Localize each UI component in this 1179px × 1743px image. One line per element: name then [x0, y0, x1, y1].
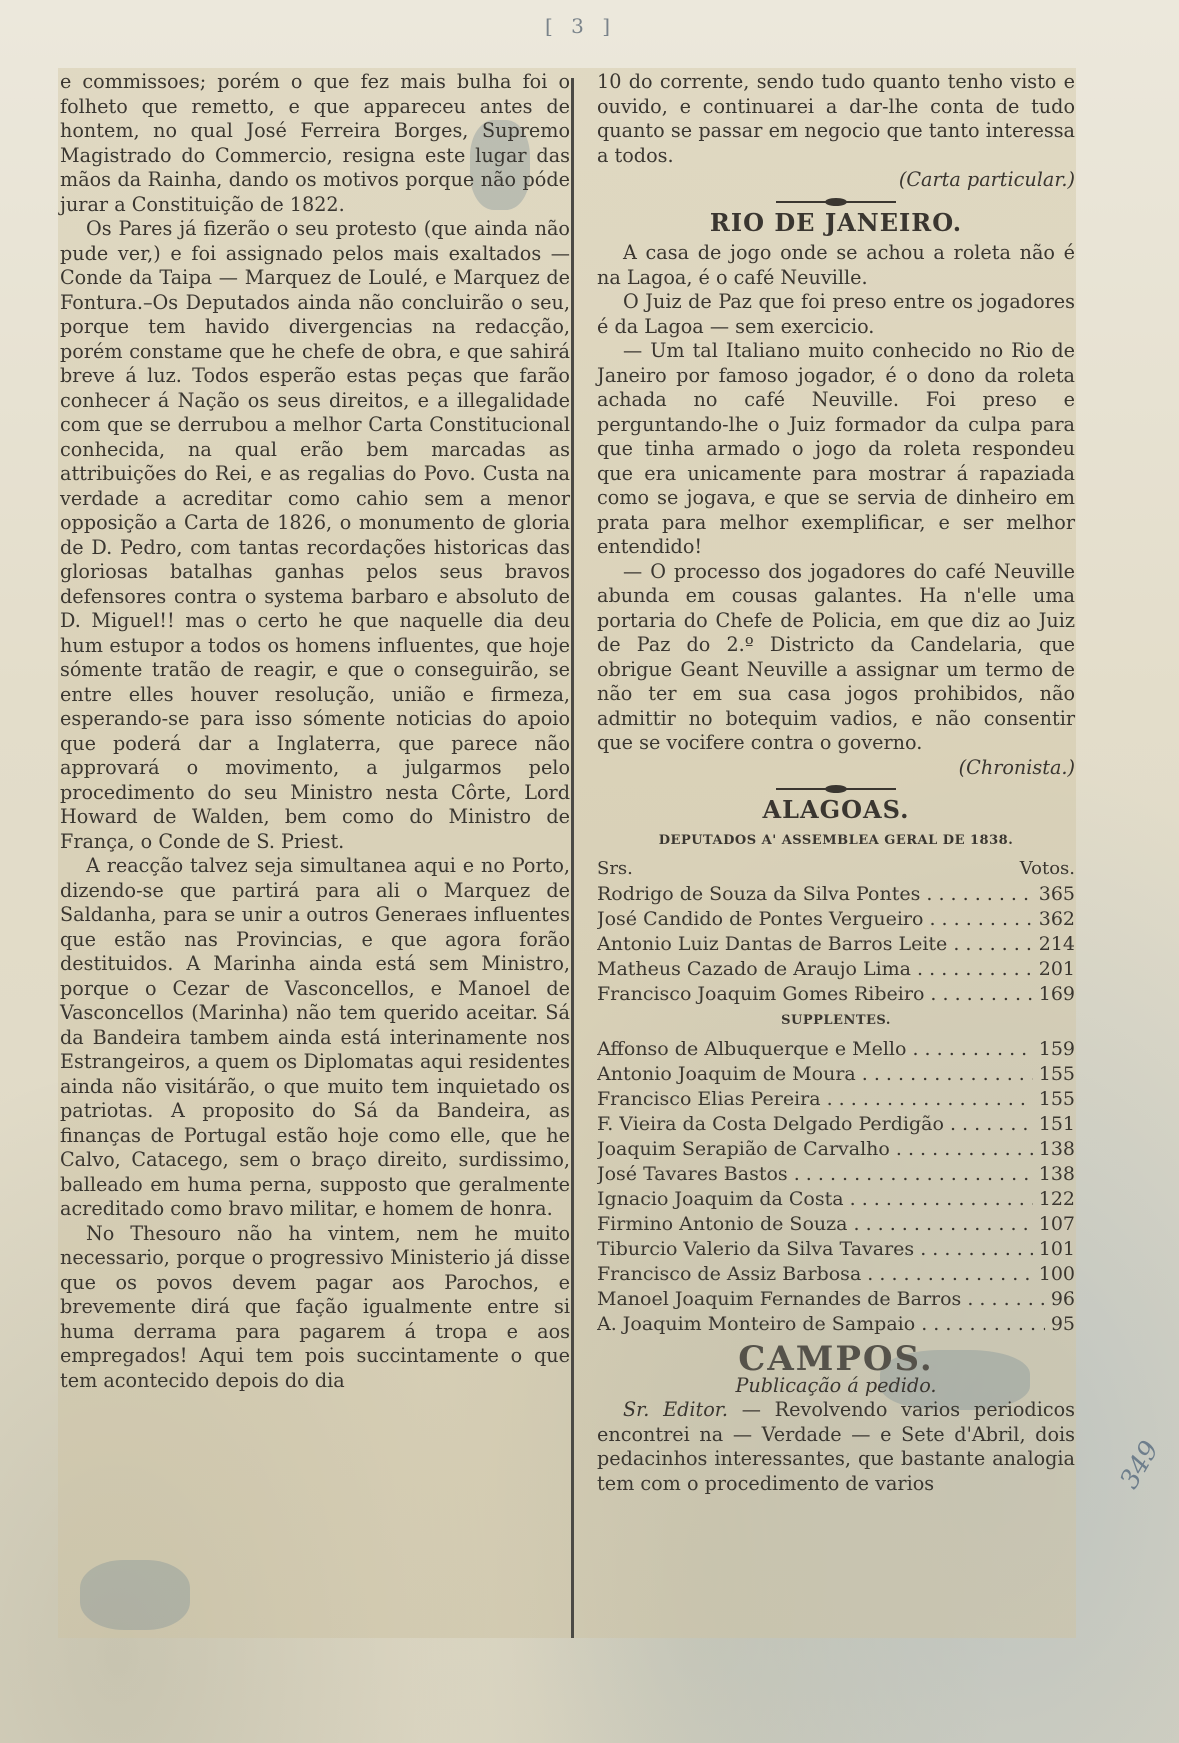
campos-subheading: Publicação á pedido.	[597, 1374, 1075, 1399]
vote-row: Matheus Cazado de Araujo Lima201	[597, 957, 1075, 982]
margin-annotation: 349	[1114, 1436, 1165, 1494]
column-divider	[571, 78, 574, 1638]
campos-paragraph: Sr. Editor. — Revolvendo varios periodic…	[597, 1398, 1075, 1496]
vote-row: José Tavares Bastos138	[597, 1162, 1075, 1187]
section-heading-alagoas: ALAGOAS.	[597, 798, 1075, 823]
ornament-rule	[776, 788, 896, 790]
left-column: e commissoes; porém o que fez mais bulha…	[60, 70, 570, 1393]
vote-row: Firmino Antonio de Souza107	[597, 1212, 1075, 1237]
vote-row: Manoel Joaquim Fernandes de Barros96	[597, 1287, 1075, 1312]
newspaper-page: [ 3 ] 349 e commissoes; porém o que fez …	[0, 0, 1179, 1743]
vote-row: Affonso de Albuquerque e Mello159	[597, 1037, 1075, 1062]
water-stain	[80, 1560, 190, 1630]
vote-row: Joaquim Serapião de Carvalho138	[597, 1137, 1075, 1162]
supplentes-list: Affonso de Albuquerque e Mello159 Antoni…	[597, 1037, 1075, 1337]
rio-paragraph: O Juiz de Paz que foi preso entre os jog…	[597, 290, 1075, 339]
left-paragraph: A reacção talvez seja simultanea aqui e …	[60, 854, 570, 1222]
alagoas-subheading: DEPUTADOS A' ASSEMBLEA GERAL DE 1838.	[597, 829, 1075, 854]
header-votes: Votos.	[1020, 857, 1075, 882]
left-paragraph: Os Pares já fizerão o seu protesto (que …	[60, 217, 570, 854]
vote-row: Antonio Luiz Dantas de Barros Leite214	[597, 932, 1075, 957]
left-paragraph: e commissoes; porém o que fez mais bulha…	[60, 70, 570, 217]
right-column: 10 do corrente, sendo tudo quanto tenho …	[597, 70, 1075, 1496]
vote-row: Francisco de Assiz Barbosa100	[597, 1262, 1075, 1287]
rio-paragraph: — O processo dos jogadores do café Neuvi…	[597, 560, 1075, 756]
vote-row: Ignacio Joaquim da Costa122	[597, 1187, 1075, 1212]
vote-row: Tiburcio Valerio da Silva Tavares101	[597, 1237, 1075, 1262]
vote-row: F. Vieira da Costa Delgado Perdigão151	[597, 1112, 1075, 1137]
intro-signature: (Carta particular.)	[597, 168, 1075, 193]
rio-signature: (Chronista.)	[597, 756, 1075, 781]
vote-row: Francisco Elias Pereira155	[597, 1087, 1075, 1112]
rio-paragraph: A casa de jogo onde se achou a roleta nã…	[597, 241, 1075, 290]
vote-row: José Candido de Pontes Vergueiro362	[597, 907, 1075, 932]
vote-row: A. Joaquim Monteiro de Sampaio95	[597, 1312, 1075, 1337]
header-names: Srs.	[597, 857, 633, 882]
vote-row: Antonio Joaquim de Moura155	[597, 1062, 1075, 1087]
votes-table-header: Srs. Votos.	[597, 857, 1075, 882]
vote-row: Rodrigo de Souza da Silva Pontes365	[597, 882, 1075, 907]
campos-salutation: Sr. Editor.	[623, 1398, 728, 1421]
section-heading-rio: RIO DE JANEIRO.	[597, 211, 1075, 236]
intro-paragraph: 10 do corrente, sendo tudo quanto tenho …	[597, 70, 1075, 168]
page-number: [ 3 ]	[545, 14, 616, 38]
deputados-list: Rodrigo de Souza da Silva Pontes365 José…	[597, 882, 1075, 1007]
left-paragraph: No Thesouro não ha vintem, nem he muito …	[60, 1222, 570, 1394]
vote-row: Francisco Joaquim Gomes Ribeiro169	[597, 982, 1075, 1007]
supplentes-heading: SUPPLENTES.	[597, 1009, 1075, 1034]
ornament-rule	[776, 201, 896, 203]
section-heading-campos: CAMPOS.	[597, 1347, 1075, 1372]
rio-paragraph: — Um tal Italiano muito conhecido no Rio…	[597, 339, 1075, 560]
